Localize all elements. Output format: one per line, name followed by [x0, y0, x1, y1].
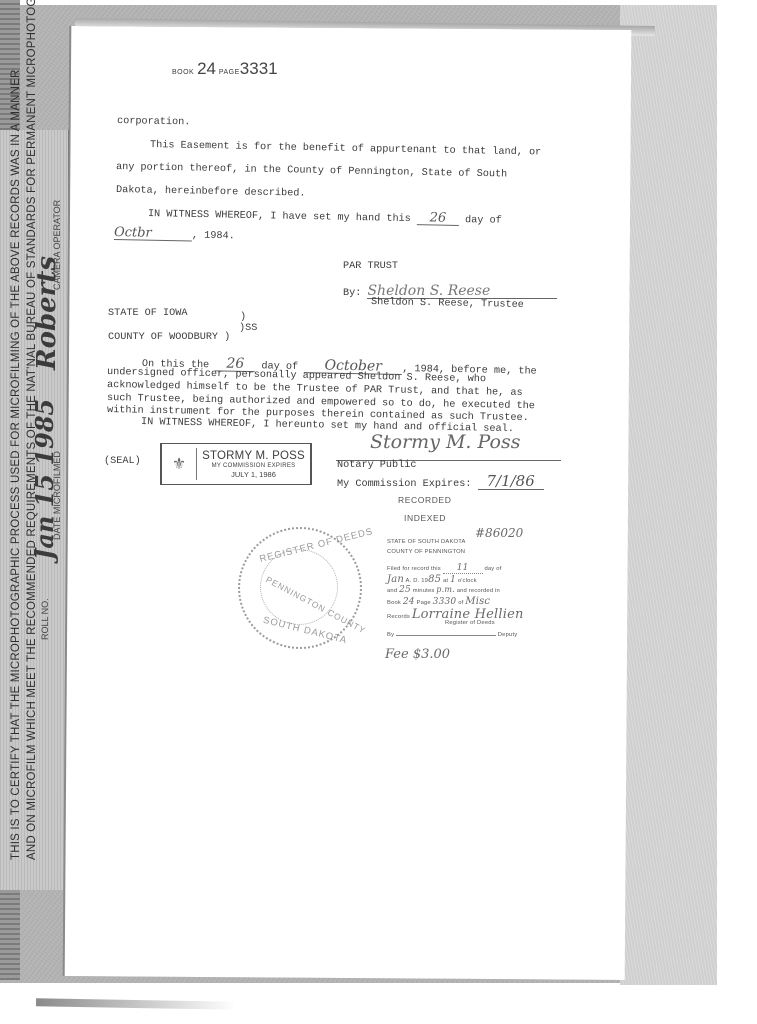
filed-year: 85 [428, 574, 441, 585]
filed-day: 11 [443, 563, 483, 574]
notary-stamp-commission: MY COMMISSION EXPIRES [197, 463, 310, 469]
witness-year: , 1984. [192, 230, 235, 242]
filed-date-line: Jan A. D. 1985 at 1 o'clock [387, 574, 477, 585]
paper-shadow [36, 998, 236, 1009]
records-label: Records [387, 614, 410, 620]
venue-county-name: COUNTY OF WOODBURY [108, 332, 218, 343]
minutes-and: and [387, 588, 397, 594]
recorded-in: and recorded in [457, 588, 500, 594]
minutes-line: and 25 minutes p.m. and recorded in [387, 585, 500, 595]
book-label: BOOK [172, 69, 194, 76]
filed-label: Filed for record this [387, 566, 441, 572]
page-label: PAGE [219, 69, 240, 76]
notary-signature-wrap: Stormy M. Poss [370, 433, 520, 452]
entity-name: PAR TRUST [343, 262, 398, 272]
recorded-stamp: RECORDED [398, 495, 451, 505]
seal-label: (SEAL) [104, 457, 141, 467]
body-line-corporation: corporation. [117, 117, 191, 129]
minutes-text: minutes [413, 588, 435, 594]
rec-of-label: of [458, 600, 463, 606]
filed-hour: 1 [450, 575, 456, 585]
filed-ad: A. D. 19 [406, 578, 429, 584]
notary-emblem-icon: ⚜ [162, 448, 197, 480]
rec-of: Misc [465, 596, 490, 607]
book-page-reference: BOOK 24 PAGE3331 [172, 60, 278, 77]
witness-month: Octbr [114, 226, 192, 241]
deputy-line: By Deputy [387, 632, 517, 638]
rec-page: 3330 [433, 597, 457, 607]
rec-book-label: Book [387, 600, 401, 606]
venue-paren-1: ) [240, 313, 246, 323]
deputy-by-label: By [387, 632, 394, 638]
roll-number-label: ROLL NO. [40, 598, 50, 640]
commission-expires-date: 7/1/86 [478, 474, 544, 490]
filed-day-of: day of [484, 566, 501, 572]
book-number: 24 [197, 59, 216, 78]
recorder-county: COUNTY OF PENNINGTON [387, 549, 465, 555]
rec-page-label: Page [417, 600, 431, 606]
witness-day: 26 [417, 211, 459, 226]
commission-expires-line: My Commission Expires: 7/1/86 [337, 474, 544, 490]
filed-line: Filed for record this 11 day of [387, 563, 501, 574]
venue-ss: )SS [239, 324, 257, 334]
venue-state: STATE OF IOWA [108, 309, 187, 319]
rec-book: 24 [403, 597, 415, 607]
book-page-line: Book 24 Page 3330 of Misc [387, 596, 490, 607]
notary-signature: Stormy M. Poss [370, 433, 520, 452]
minutes-value: 25 [399, 585, 411, 595]
microfilm-date-handwritten: Jan 15 1985 [30, 399, 59, 560]
commission-expires-label: My Commission Expires: [337, 479, 472, 490]
register-title: Register of Deeds [445, 620, 495, 626]
camera-operator-signature: Roberts [32, 256, 62, 370]
document-number: #86020 [475, 526, 523, 540]
notary-stamp: ⚜ STORMY M. POSS MY COMMISSION EXPIRES J… [160, 443, 312, 485]
deputy-label: Deputy [498, 632, 518, 638]
notary-title: Notary Public [337, 461, 416, 471]
witness-date-line: Octbr, 1984. [114, 226, 235, 243]
scanner-background-right [620, 5, 717, 985]
ampm: p.m. [436, 585, 455, 594]
indexed-stamp: INDEXED [404, 513, 446, 523]
by-label: By: [343, 288, 361, 299]
recorder-state: STATE OF SOUTH DAKOTA [387, 539, 466, 545]
filed-month: Jan [387, 574, 404, 585]
page-number: 3331 [240, 59, 278, 78]
recording-fee: Fee $3.00 [385, 647, 450, 662]
venue-county: COUNTY OF WOODBURY ) [108, 333, 230, 343]
deputy-signature-line [396, 635, 496, 636]
filed-oclock: o'clock [458, 578, 477, 584]
notary-stamp-expiry: JULY 1, 1986 [197, 470, 310, 479]
filed-at: at [443, 578, 448, 584]
notary-stamp-name: STORMY M. POSS [197, 450, 310, 462]
microfilm-cert-line-1: THIS IS TO CERTIFY THAT THE MICROPHOTOGR… [10, 100, 22, 860]
witness-day-of: day of [465, 215, 502, 227]
venue-paren-2: ) [224, 332, 230, 343]
